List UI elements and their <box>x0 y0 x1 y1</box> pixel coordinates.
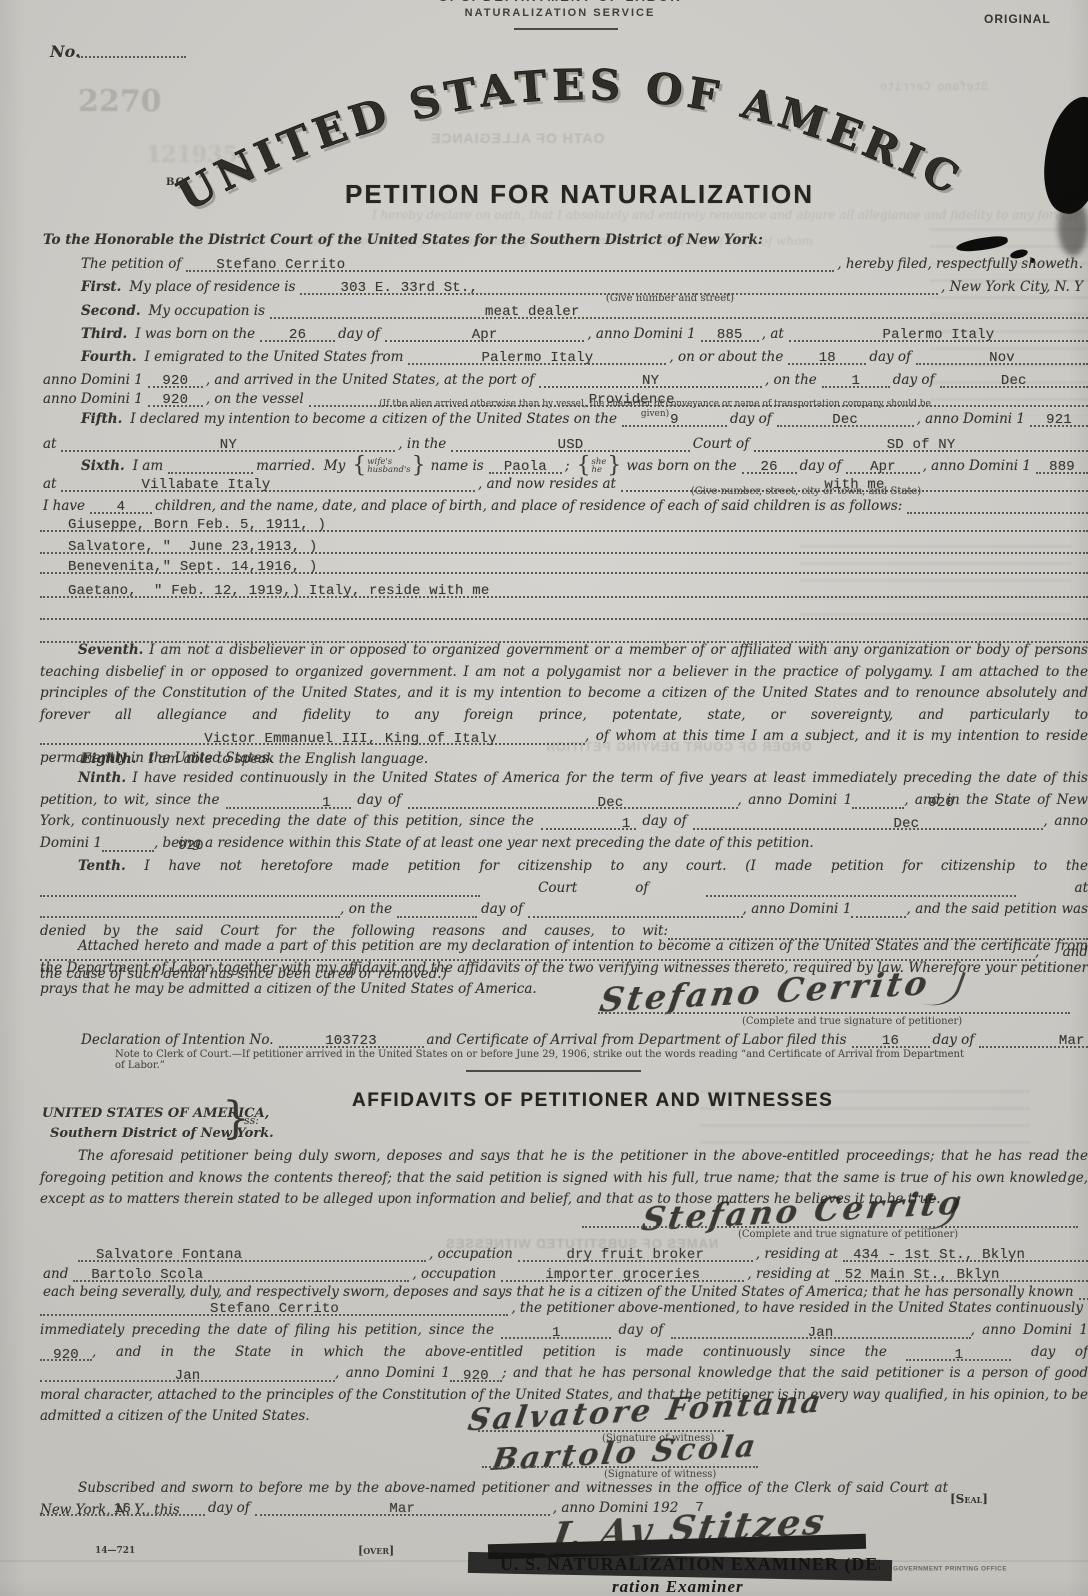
form-line-child-2: Salvatore, " June 23,1913, ) <box>40 536 1088 554</box>
typed-text: Apr <box>472 328 498 342</box>
typed-text: 921 <box>1046 413 1072 427</box>
typed-text: 4 <box>117 500 126 514</box>
printer-imprint: GOVERNMENT PRINTING OFFICE <box>893 1565 1007 1572</box>
form-label: , anno Domini 1 <box>743 901 852 917</box>
brace-choice: {shehe} <box>577 456 622 476</box>
form-line-child-3: Benevenita," Sept. 14,1916, ) <box>40 556 1088 574</box>
form-label: married. My <box>253 458 350 474</box>
form-label: , anno Domini 1 <box>971 1322 1088 1338</box>
form-line-fifth: Fifth.I declared my intention to become … <box>40 409 1088 427</box>
typed-text: 103723 <box>325 1034 377 1048</box>
form-label: Court of <box>690 436 754 452</box>
typed-text: 920 <box>140 839 204 853</box>
form-label: , New York City, N. Y <box>938 279 1088 295</box>
form-line-children-count: I have4children, and the name, date, and… <box>40 496 1088 514</box>
typed-text: 1 <box>284 796 331 810</box>
typed-text: 434 - 1st St., Bklyn <box>853 1248 1025 1262</box>
typed-entry: meat dealer <box>270 300 1088 319</box>
blank-line <box>851 901 906 918</box>
signature-line <box>582 1226 1078 1228</box>
typed-text: importer groceries <box>545 1268 700 1282</box>
typed-entry: 920 <box>102 835 154 852</box>
typed-text: SD of NY <box>887 438 956 452</box>
typed-entry: Gaetano, " Feb. 12, 1919,) Italy, reside… <box>40 579 1088 598</box>
typed-entry: 103723 <box>279 1029 424 1048</box>
typed-text: Palermo Italy <box>882 328 994 342</box>
typed-text: Dec <box>832 413 858 427</box>
brace: shehe <box>591 458 608 475</box>
typed-entry: SD of NY <box>754 433 1088 452</box>
typed-entry: Dec <box>693 813 1043 830</box>
typed-entry: 52 Main St., Bklyn <box>835 1263 1088 1282</box>
form-label: day of <box>727 411 777 427</box>
form-label: , the petitioner above-mentioned, to hav… <box>508 1300 1088 1316</box>
typed-text: 9 <box>670 413 679 427</box>
typed-entry: USD <box>451 433 689 452</box>
form-line-petitioner-known: Stefano Cerrito, the petitioner above-me… <box>40 1298 1088 1316</box>
form-label: day of <box>611 1322 670 1338</box>
form-label: I emigrated to the United States from <box>142 349 409 365</box>
over-label: [over] <box>358 1544 394 1557</box>
typed-entry: Jan <box>671 1322 971 1339</box>
form-label: and <box>40 1266 73 1282</box>
blank-line <box>40 601 1088 620</box>
typed-entry: 16 <box>40 1497 205 1516</box>
typed-text: Salvatore Fontana <box>96 1248 242 1262</box>
form-label: Second. <box>78 303 146 319</box>
form-label: Tenth. <box>78 858 126 874</box>
typed-entry: Apr <box>385 323 584 342</box>
form-label: day of <box>890 372 940 388</box>
form-label: day of <box>797 458 847 474</box>
form-label: day of <box>636 813 694 829</box>
form-label: My occupation is <box>146 303 270 319</box>
form-label: I have not heretofore made petition for … <box>126 858 1088 874</box>
typed-text: 920 <box>162 393 188 407</box>
form-label: day of <box>335 326 385 342</box>
typed-entry: Salvatore Fontana <box>78 1243 426 1262</box>
form-label: was born on the <box>623 458 741 474</box>
typed-entry: 920 <box>852 792 904 809</box>
typed-entry: 1 <box>501 1322 611 1339</box>
form-label: Sixth. <box>78 458 130 474</box>
form-label: First. <box>78 279 126 295</box>
typed-entry: Dec <box>940 369 1088 388</box>
brace: } <box>607 456 621 476</box>
blank-line <box>397 901 477 918</box>
typed-entry: 1 <box>906 1344 1011 1361</box>
affidavits-heading: AFFIDAVITS OF PETITIONER AND WITNESSES <box>352 1090 833 1112</box>
typed-text: Victor Emmanuel III, King of Italy <box>166 732 496 746</box>
typed-entry: Stefano Cerrito <box>40 1297 508 1316</box>
signature-caption: (Complete and true signature of petition… <box>738 1229 958 1240</box>
scan-streak <box>0 1560 1088 1562</box>
form-label: Fifth. <box>78 411 127 427</box>
typed-text: Dec <box>1001 374 1027 388</box>
typed-text: 920 <box>890 796 954 810</box>
typed-text: Mar <box>389 1502 415 1516</box>
form-label: Seventh. <box>78 642 143 658</box>
typed-entry: 889 <box>1036 455 1088 474</box>
form-label: day of <box>866 349 916 365</box>
typed-text: Bartolo Scola <box>91 1268 203 1282</box>
form-label: children, and the name, date, and place … <box>152 498 907 514</box>
typed-text: NY <box>642 374 659 388</box>
typed-entry: 920 <box>148 388 203 407</box>
blank-line <box>168 455 253 474</box>
typed-text: dry fruit broker <box>566 1248 704 1262</box>
typed-entry: Bartolo Scola <box>73 1263 409 1282</box>
typed-text: Palermo Italy <box>482 351 594 365</box>
form-label: , hereby filed, respectfully showeth. <box>834 256 1088 272</box>
typed-entry: Stefano Cerrito <box>186 253 834 272</box>
typed-text: Stefano Cerrito <box>216 258 345 272</box>
note-to-clerk: Note to Clerk of Court.—If petitioner ar… <box>115 1049 975 1071</box>
section-divider <box>466 1070 641 1072</box>
stamp-text-2: ration Examiner <box>612 1577 744 1596</box>
typed-text: 1 <box>552 1326 561 1340</box>
form-line-port: anno Domini 1920, and arrived in the Uni… <box>40 370 1088 388</box>
typed-entry: importer groceries <box>501 1263 744 1282</box>
typed-entry: 921 <box>1030 408 1088 427</box>
typed-entry: 434 - 1st St., Bklyn <box>843 1243 1088 1262</box>
form-line-declaration: Declaration of Intention No.103723and Ce… <box>40 1030 1088 1048</box>
typed-text: Nov <box>989 351 1015 365</box>
form-label: The petition of <box>78 256 186 272</box>
form-label: , on the vessel <box>203 391 309 407</box>
typed-entry: 1 <box>541 813 636 830</box>
form-label: day of <box>351 792 408 808</box>
form-label: To the Honorable the District Court of t… <box>40 232 768 248</box>
typed-text: Dec <box>560 796 624 810</box>
form-label: name is <box>428 458 489 474</box>
typed-text: 920 <box>463 1369 489 1383</box>
typed-entry: Salvatore, " June 23,1913, ) <box>40 535 1088 554</box>
form-line-sixth: Sixth.I ammarried. My{wife'shusband's}na… <box>40 452 1088 474</box>
form-line-petition-of: The petition ofStefano Cerrito, hereby f… <box>40 254 1088 272</box>
typed-text: Stefano Cerrito <box>210 1302 339 1316</box>
blank-line <box>907 495 1088 514</box>
form-label: , residing at <box>753 1246 843 1262</box>
typed-entry: NY <box>539 369 762 388</box>
form-label: My place of residence is <box>126 279 300 295</box>
form-label: , being a residence within this State of… <box>154 835 814 851</box>
typed-entry: 1 <box>822 369 890 388</box>
typed-entry: Palermo Italy <box>789 323 1088 342</box>
blank-line <box>40 880 480 897</box>
form-number: 14—721 <box>95 1546 135 1556</box>
typed-entry: Victor Emmanuel III, King of Italy <box>40 728 585 745</box>
form-label: immediately preceding the date of filing… <box>40 1322 501 1338</box>
form-label: , residing at <box>744 1266 834 1282</box>
blank-line <box>528 901 743 918</box>
typed-entry: 9 <box>622 408 727 427</box>
form-label: day of <box>930 1032 980 1048</box>
form-line-child-4: Gaetano, " Feb. 12, 1919,) Italy, reside… <box>40 580 1088 598</box>
form-line-fourth: Fourth.I emigrated to the United States … <box>40 347 1088 365</box>
typed-entry: 920 <box>40 1344 92 1361</box>
form-label: I am able to speak the English language. <box>141 751 433 767</box>
brace: { <box>577 456 591 476</box>
typed-entry: Dec <box>408 792 738 809</box>
form-label: day of <box>477 901 528 917</box>
typed-entry: Paola <box>489 455 562 474</box>
typed-entry: Giuseppe, Born Feb. 5, 1911, ) <box>40 513 1088 532</box>
form-label: ; <box>562 458 575 474</box>
form-label: anno Domini 1 <box>40 391 148 407</box>
form-label: at <box>1016 880 1088 896</box>
form-line-third: Third.I was born on the26day ofApr, anno… <box>40 324 1088 342</box>
typed-entry: 4 <box>90 495 152 514</box>
form-label: , in the <box>395 436 451 452</box>
typed-text: Mar <box>1059 1034 1085 1048</box>
seal-label: [Seal] <box>950 1492 988 1506</box>
typed-text: 26 <box>289 328 306 342</box>
typed-entry: Benevenita," Sept. 14,1916, ) <box>40 555 1088 574</box>
typed-text: Jan <box>175 1369 201 1383</box>
typed-text: Salvatore, " June 23,1913, ) <box>68 540 317 554</box>
typed-entry: 16 <box>852 1029 930 1048</box>
typed-text: meat dealer <box>485 305 580 319</box>
form-label: Eighth. <box>78 751 141 767</box>
form-label: Court of <box>480 880 706 896</box>
form-label: I declared my intention to become a citi… <box>127 411 622 427</box>
typed-entry: 885 <box>701 323 759 342</box>
form-line-witness-1: Salvatore Fontana, occupationdry fruit b… <box>40 1244 1088 1262</box>
form-label: , anno Domini 1 <box>738 792 853 808</box>
form-label: day of <box>205 1500 255 1516</box>
signature-line <box>598 1012 1070 1014</box>
blank-dotted-line <box>40 602 1088 620</box>
typed-text: 920 <box>53 1348 79 1362</box>
form-label: at <box>40 436 61 452</box>
form-line-salutation: To the Honorable the District Court of t… <box>40 230 1088 248</box>
department-header: U. S. DEPARTMENT OF LABOR <box>420 0 700 4</box>
form-label: Fourth. <box>78 349 142 365</box>
typed-entry: Villabate Italy <box>61 473 475 492</box>
typed-entry: NY <box>61 433 395 452</box>
form-label: , at <box>759 326 789 342</box>
typed-text: 1 <box>584 817 631 831</box>
typed-text: 920 <box>162 374 188 388</box>
typed-entry: Palermo Italy <box>408 346 666 365</box>
typed-text: Benevenita," Sept. 14,1916, ) <box>68 560 317 574</box>
typed-entry: 26 <box>260 323 335 342</box>
form-label: I was born on the <box>132 326 260 342</box>
form-title: PETITION FOR NATURALIZATION <box>345 179 814 210</box>
typed-text: 1 <box>955 1348 964 1362</box>
typed-text: Villabate Italy <box>141 478 270 492</box>
typed-text: Gaetano, " Feb. 12, 1919,) Italy, reside… <box>68 584 489 598</box>
form-label: , anno Domini 1 <box>914 411 1030 427</box>
typed-text: 889 <box>1049 460 1075 474</box>
typed-text: Paola <box>504 460 547 474</box>
typed-entry: Nov <box>916 346 1088 365</box>
typed-entry: 920 <box>450 1365 502 1382</box>
typed-entry: 1 <box>226 792 351 809</box>
scanned-petition-document: U. S. DEPARTMENT OF LABOR NATURALIZATION… <box>0 0 1088 1596</box>
typed-text: USD <box>558 438 584 452</box>
form-label: , anno Domini 1 <box>920 458 1036 474</box>
form-label: , and now resides at <box>475 476 621 492</box>
form-label: , and in the State in which the above-en… <box>92 1344 906 1360</box>
form-line-child-1: Giuseppe, Born Feb. 5, 1911, ) <box>40 514 1088 532</box>
typed-text: 885 <box>717 328 743 342</box>
form-label: Third. <box>78 326 132 342</box>
typed-text: 16 <box>882 1034 899 1048</box>
form-line-witness-2: andBartolo Scola, occupationimporter gro… <box>40 1264 1088 1282</box>
form-label: , occupation <box>409 1266 501 1282</box>
typed-text: 52 Main St., Bklyn <box>845 1268 1000 1282</box>
form-label: , occupation <box>426 1246 518 1262</box>
typed-text: Jan <box>808 1326 834 1340</box>
form-label: Ninth. <box>78 770 126 786</box>
typed-entry: Mar <box>255 1497 550 1516</box>
brace: wife'shusband's <box>366 458 411 475</box>
typed-text: NY <box>220 438 237 452</box>
form-label: and Certificate of Arrival from Departme… <box>424 1032 852 1048</box>
typed-text: 16 <box>114 1502 131 1516</box>
form-label: , on or about the <box>666 349 788 365</box>
header-rule <box>514 28 618 30</box>
plate-code-label: BG <box>166 177 185 188</box>
scan-artifact <box>1033 91 1088 220</box>
signature-line <box>482 1466 758 1468</box>
form-label: , anno Domini 1 <box>335 1365 450 1381</box>
blank-line <box>40 901 340 918</box>
typed-text: 1 <box>851 374 860 388</box>
form-label: anno Domini 1 <box>40 372 148 388</box>
typed-entry: Jan <box>40 1365 335 1382</box>
arc-title: UNITED STATES OF AMERICA UNITED STATES O… <box>148 40 988 240</box>
venue-ss: ss: <box>244 1114 259 1127</box>
form-label: Declaration of Intention No. <box>78 1032 279 1048</box>
paragraph-ninth: Ninth. I have resided continuously in th… <box>40 768 1088 854</box>
form-label: at <box>40 476 61 492</box>
form-line-at-court: atNY, in theUSDCourt ofSD of NY <box>40 434 1088 452</box>
form-label: , anno Domini 1 <box>584 326 700 342</box>
paragraph-eighth: Eighth. I am able to speak the English l… <box>40 749 1088 767</box>
form-label: I am <box>130 458 168 474</box>
form-label: day of <box>1011 1344 1088 1360</box>
typed-entry: Apr <box>846 455 919 474</box>
service-header: NATURALIZATION SERVICE <box>450 7 670 19</box>
blank-line <box>706 880 1016 897</box>
typed-text: 26 <box>761 460 778 474</box>
typed-entry: 26 <box>742 455 797 474</box>
original-label: ORIGINAL <box>984 12 1051 26</box>
typed-text: Apr <box>870 460 896 474</box>
typed-text: 303 E. 33rd St., <box>340 281 478 295</box>
typed-text: Dec <box>855 817 919 831</box>
typed-entry: dry fruit broker <box>518 1243 753 1262</box>
form-label: I am not a disbeliever in or opposed to … <box>40 642 1088 723</box>
petition-number-label: No. <box>50 42 81 61</box>
form-label: , on the <box>340 901 397 917</box>
typed-text: 18 <box>819 351 836 365</box>
typed-entry: 18 <box>788 346 866 365</box>
form-line-second: Second.My occupation ismeat dealer <box>40 301 1088 319</box>
typed-entry: Mar <box>979 1029 1088 1048</box>
signature-caption: (Complete and true signature of petition… <box>742 1016 962 1027</box>
typed-entry: 920 <box>148 369 203 388</box>
form-label: I have <box>40 498 90 514</box>
form-label: , on the <box>762 372 822 388</box>
form-label: , and arrived in the United States, at t… <box>203 372 539 388</box>
typed-entry: Dec <box>777 408 914 427</box>
typed-text: Giuseppe, Born Feb. 5, 1911, ) <box>68 518 326 532</box>
